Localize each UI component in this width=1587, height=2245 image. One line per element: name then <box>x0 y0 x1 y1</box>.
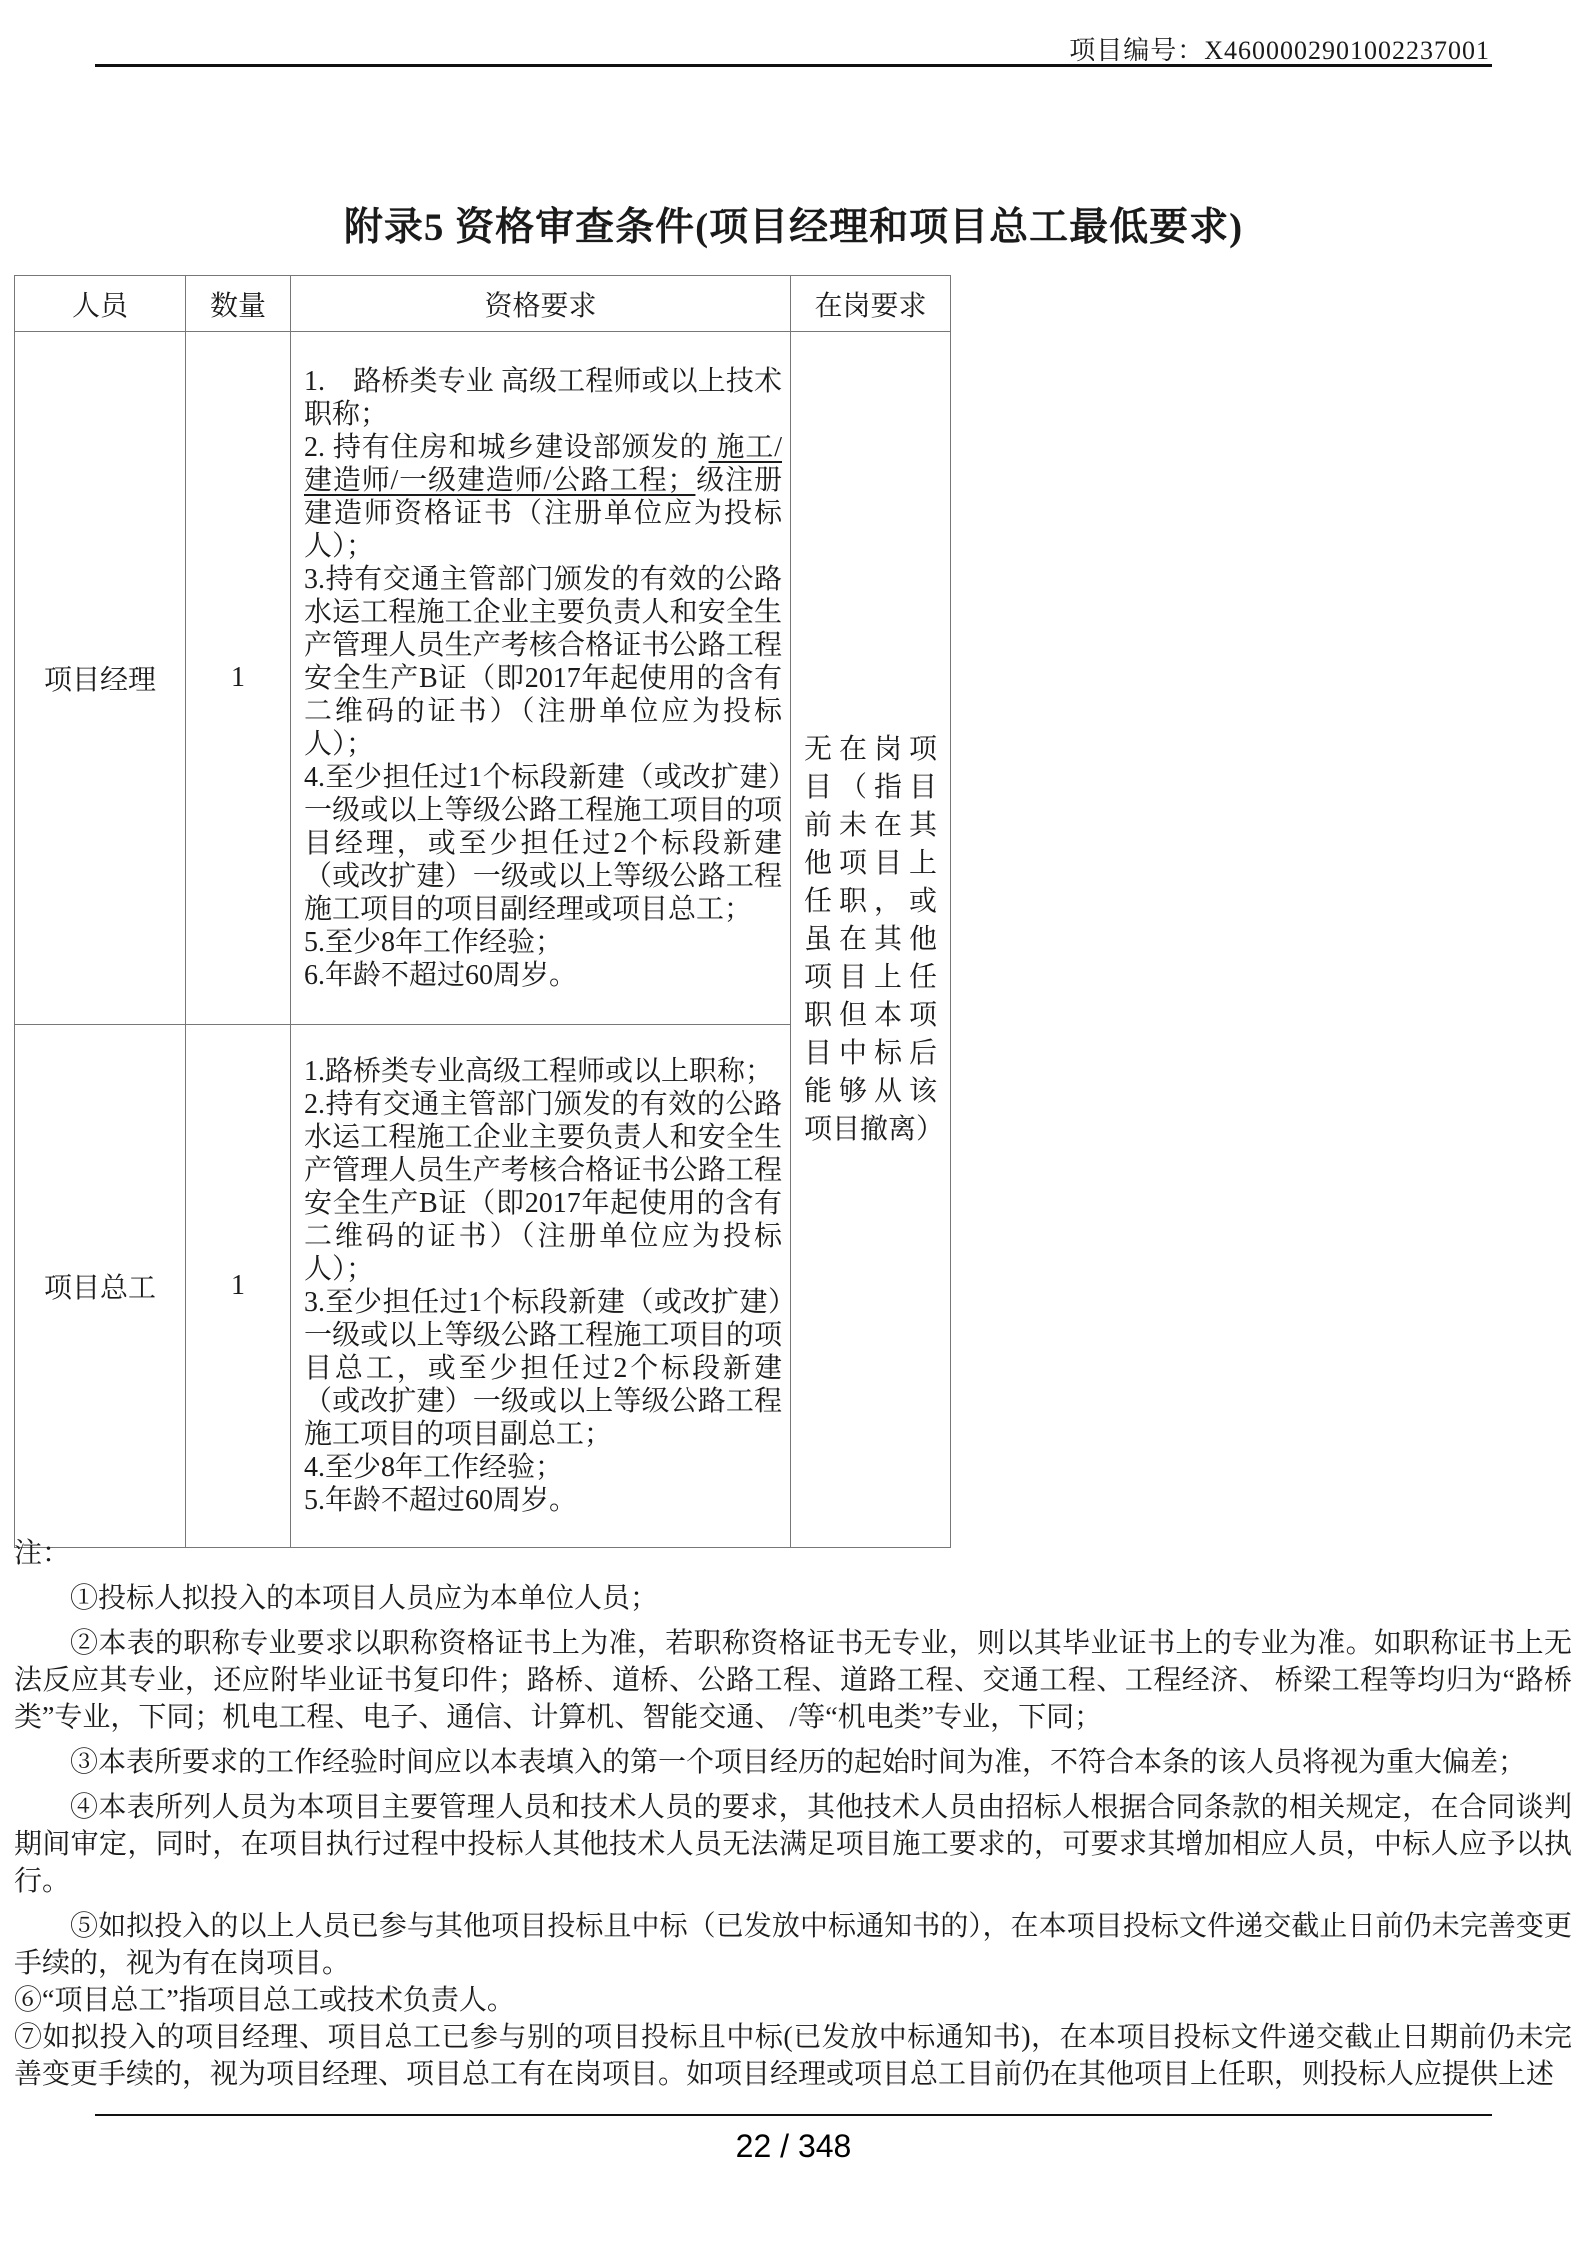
header-rule <box>95 64 1492 67</box>
header-project-number: 项目编号：X4600002901002237001 <box>1069 30 1490 67</box>
column-header-qualification: 资格要求 <box>291 276 791 332</box>
requirement-item: 2. 持有住房和城乡建设部颁发的 施工/建造师/一级建造师/公路工程；级注册建造… <box>304 431 782 563</box>
quantity-chief-engineer: 1 <box>186 1025 291 1548</box>
requirement-item: 6.年龄不超过60周岁。 <box>304 959 782 992</box>
onduty-requirement: 无在岗项目（指目前未在其他项目上任职，或虽在其他项目上任职但本项目中标后能够从该… <box>791 332 951 1548</box>
requirements-project-manager: 1. 路桥类专业 高级工程师或以上技术职称； 2. 持有住房和城乡建设部颁发的 … <box>291 332 791 1025</box>
requirement-item: 3.持有交通主管部门颁发的有效的公路水运工程施工企业主要负责人和安全生产管理人员… <box>304 563 782 761</box>
note-item-3: ③本表所要求的工作经验时间应以本表填入的第一个项目经历的起始时间为准，不符合本条… <box>14 1744 1572 1781</box>
page-number: 22 / 348 <box>0 2128 1587 2165</box>
requirement-text: 2. 持有住房和城乡建设部颁发的 <box>304 432 709 463</box>
table-row-project-manager: 项目经理 1 1. 路桥类专业 高级工程师或以上技术职称； 2. 持有住房和城乡… <box>15 332 951 1025</box>
requirement-item: 1. 路桥类专业 高级工程师或以上技术职称； <box>304 365 782 431</box>
quantity-project-manager: 1 <box>186 332 291 1025</box>
requirement-item: 2.持有交通主管部门颁发的有效的公路水运工程施工企业主要负责人和安全生产管理人员… <box>304 1088 782 1286</box>
note-item-5: ⑤如拟投入的以上人员已参与其他项目投标且中标（已发放中标通知书的），在本项目投标… <box>14 1908 1572 1982</box>
requirement-item: 4.至少8年工作经验； <box>304 1451 782 1484</box>
document-page: 项目编号：X4600002901002237001 附录5 资格审查条件(项目经… <box>0 0 1587 2245</box>
requirement-item: 5.年龄不超过60周岁。 <box>304 1484 782 1517</box>
column-header-onduty: 在岗要求 <box>791 276 951 332</box>
table-header-row: 人员 数量 资格要求 在岗要求 <box>15 276 951 332</box>
qualification-table: 人员 数量 资格要求 在岗要求 项目经理 1 1. 路桥类专业 高级工程师或以上… <box>14 275 951 1548</box>
note-item-4: ④本表所列人员为本项目主要管理人员和技术人员的要求，其他技术人员由招标人根据合同… <box>14 1789 1572 1900</box>
requirements-chief-engineer: 1.路桥类专业高级工程师或以上职称； 2.持有交通主管部门颁发的有效的公路水运工… <box>291 1025 791 1548</box>
column-header-person: 人员 <box>15 276 186 332</box>
person-name-project-manager: 项目经理 <box>15 332 186 1025</box>
note-item-7: ⑦如拟投入的项目经理、项目总工已参与别的项目投标且中标(已发放中标通知书)，在本… <box>14 2019 1572 2093</box>
requirement-item: 5.至少8年工作经验； <box>304 926 782 959</box>
note-item-1: ①投标人拟投入的本项目人员应为本单位人员； <box>14 1580 1572 1617</box>
column-header-quantity: 数量 <box>186 276 291 332</box>
footer-rule <box>95 2114 1492 2116</box>
requirement-item: 1.路桥类专业高级工程师或以上职称； <box>304 1055 782 1088</box>
requirement-item: 4.至少担任过1个标段新建（或改扩建）一级或以上等级公路工程施工项目的项目经理，… <box>304 761 782 926</box>
note-item-6: ⑥“项目总工”指项目总工或技术负责人。 <box>14 1982 1572 2019</box>
notes-label: 注： <box>14 1535 1572 1572</box>
notes-section: 注： ①投标人拟投入的本项目人员应为本单位人员； ②本表的职称专业要求以职称资格… <box>14 1535 1572 2093</box>
page-title: 附录5 资格审查条件(项目经理和项目总工最低要求) <box>0 196 1587 252</box>
person-name-chief-engineer: 项目总工 <box>15 1025 186 1548</box>
note-item-2: ②本表的职称专业要求以职称资格证书上为准，若职称资格证书无专业，则以其毕业证书上… <box>14 1625 1572 1736</box>
requirement-item: 3.至少担任过1个标段新建（或改扩建）一级或以上等级公路工程施工项目的项目总工，… <box>304 1286 782 1451</box>
